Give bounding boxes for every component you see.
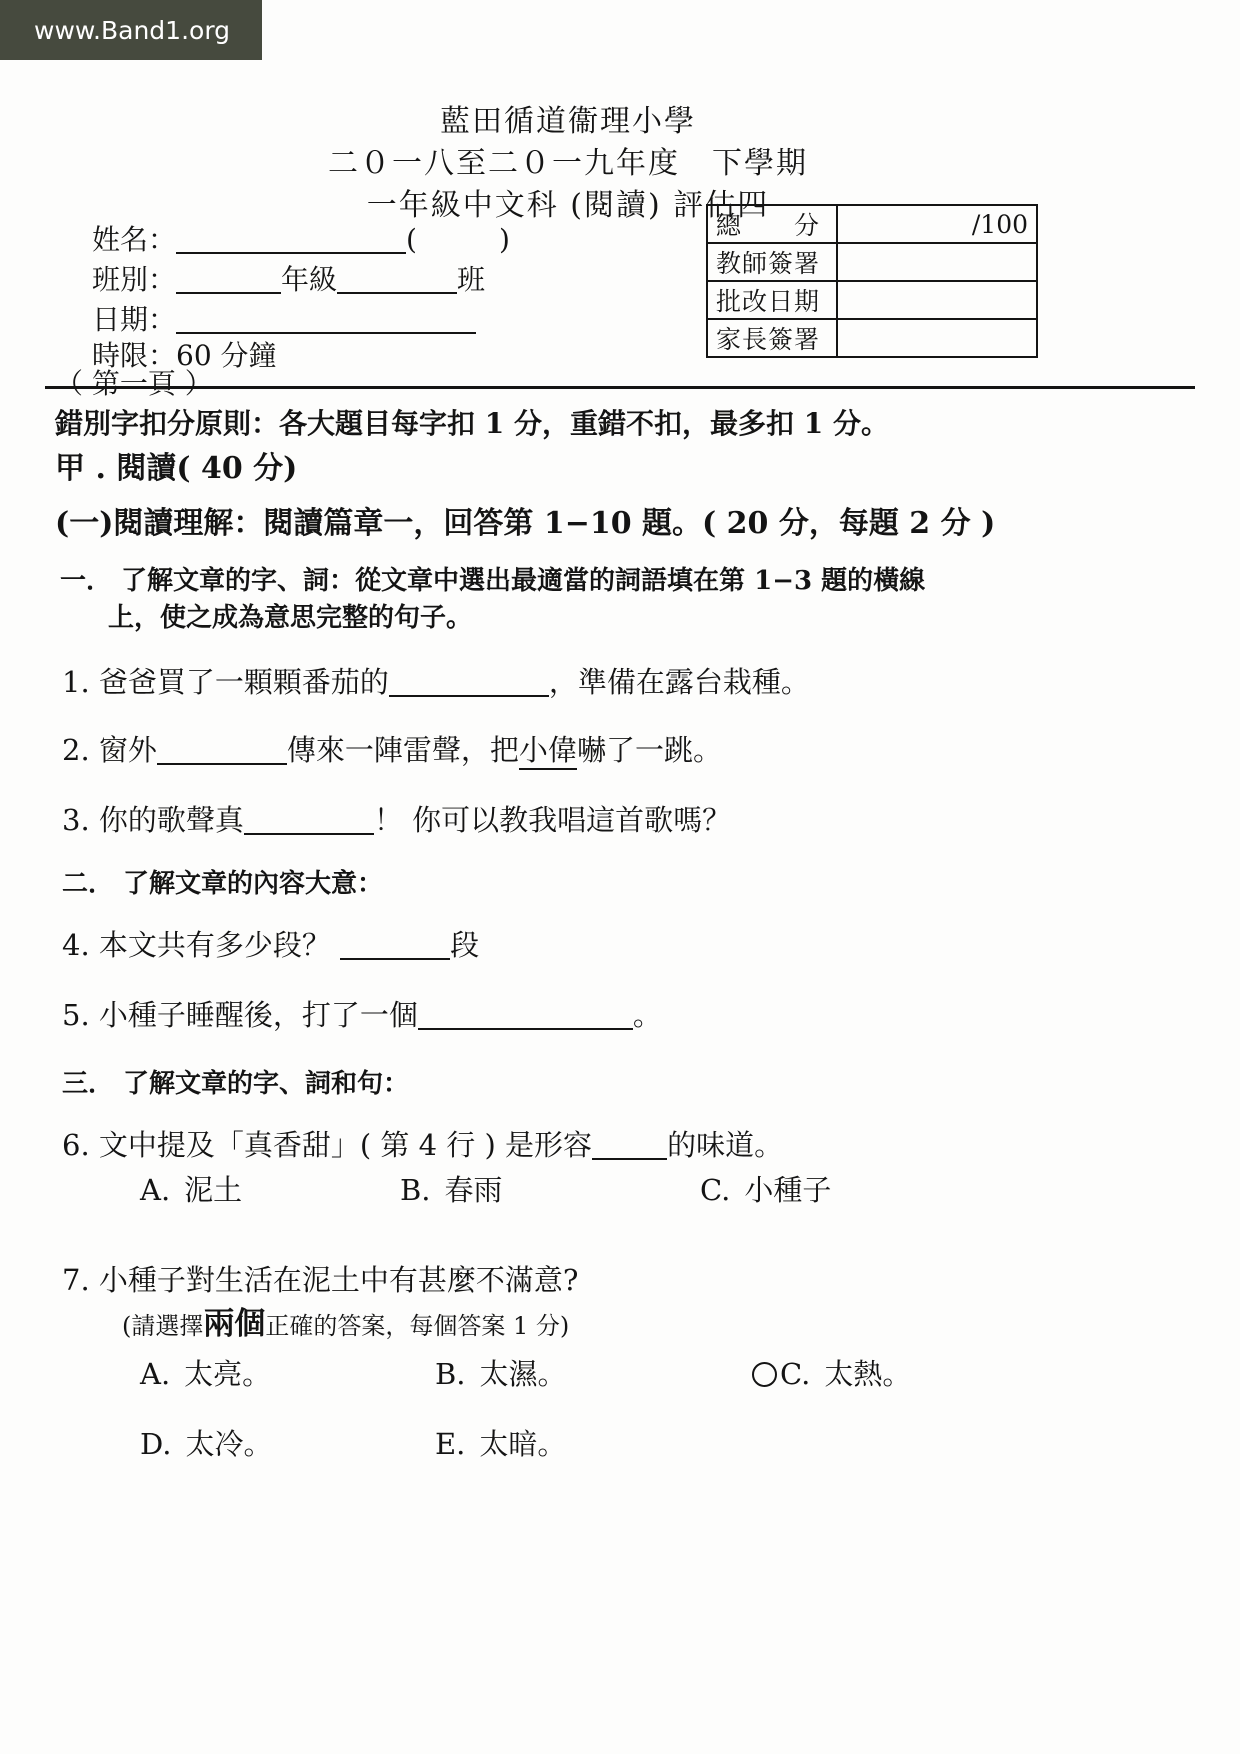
page-marker: （ 第一頁 ） [55,362,213,402]
option-c: C.小種子 [700,1168,831,1209]
section-one-line1: 一． 了解文章的字、詞：從文章中選出最適當的詞語填在第 1−3 題的橫線 [60,560,925,597]
section-one-line2: 上，使之成為意思完整的句子。 [108,597,472,634]
name-paren-close: ) [499,223,510,256]
underlined-name: 小偉 [519,733,577,770]
answer-blank [157,763,287,765]
answer-blank [592,1158,667,1160]
total-score-label: 總 分 [707,205,837,243]
option-text: 太亮。 [184,1357,271,1391]
option-b: B.春雨 [400,1168,503,1209]
question-text: 嚇了一跳。 [577,733,722,767]
option-a: A.太亮。 [140,1352,271,1393]
marking-date-value [837,281,1037,319]
class-line: 班別：年級班 [92,258,485,298]
question-2: 2. 窗外傳來一陣雷聲，把小偉嚇了一跳。 [62,728,722,769]
option-label: C. [700,1173,730,1207]
option-label: B. [400,1173,431,1207]
table-row: 教師簽署 [707,243,1037,281]
part-one-title: (一)閱讀理解：閱讀篇章一，回答第 1−10 題。( 20 分，每題 2 分 ) [55,498,995,542]
option-label: E. [435,1427,465,1461]
unit-text: 段 [450,928,479,962]
section-three: 三． 了解文章的字、詞和句： [62,1063,409,1100]
watermark-url: www.Band1.org [0,16,230,45]
answer-blank [244,833,374,835]
option-text: 太熱。 [824,1357,911,1391]
question-text: 傳來一陣雷聲，把 [287,733,519,767]
class-unit: 班 [457,263,485,296]
question-6: 6. 文中提及「真香甜」( 第 4 行 ) 是形容的味道。 [62,1123,783,1164]
score-table: 總 分 /100 教師簽署 批改日期 家長簽署 [706,204,1038,358]
question-text: 小種子對生活在泥土中有甚麼不滿意? [99,1263,579,1297]
option-text: 太濕。 [480,1357,567,1391]
question-number: 1. [62,665,90,699]
question-number: 6. [62,1128,90,1162]
name-blank [176,252,406,254]
school-year-term: 二０一八至二０一九年度 下學期 [0,138,1136,182]
section-a-title: 甲 . 閱讀( 40 分) [55,443,297,487]
option-label: B. [435,1357,466,1391]
option-d: D.太冷。 [140,1422,272,1463]
date-label: 日期： [92,303,176,336]
question-text: 小種子睡醒後，打了一個 [99,998,418,1032]
option-text: 泥土 [184,1173,242,1207]
parent-signature-label: 家長簽署 [707,319,837,357]
option-text: 太暗。 [479,1427,566,1461]
note-text: (請選擇 [122,1312,203,1340]
teacher-signature-value [837,243,1037,281]
section-two: 二． 了解文章的內容大意： [62,863,383,900]
grade-blank [176,292,281,294]
table-row: 批改日期 [707,281,1037,319]
question-7: 7. 小種子對生活在泥土中有甚麼不滿意? [62,1258,578,1299]
option-label: A. [140,1173,170,1207]
question-5: 5. 小種子睡醒後，打了一個。 [62,993,662,1034]
date-line: 日期： [92,298,476,338]
school-name: 藍田循道衞理小學 [0,96,1136,140]
divider-line [45,386,1195,389]
question-1: 1. 爸爸買了一顆顆番茄的，準備在露台栽種。 [62,660,810,701]
deduction-rule: 錯別字扣分原則：各大題目每字扣 1 分，重錯不扣，最多扣 1 分。 [55,402,889,442]
option-text: 太冷。 [185,1427,272,1461]
question-number: 7. [62,1263,90,1297]
circle-mark-icon [752,1362,777,1387]
question-text: ！ 你可以教我唱這首歌嗎？ [374,803,731,837]
question-text: 窗外 [99,733,157,767]
question-text: 你的歌聲真 [99,803,244,837]
question-number: 5. [62,998,90,1032]
total-score-value: /100 [837,205,1037,243]
question-4: 4. 本文共有多少段？ 段 [62,923,479,964]
question-number: 2. [62,733,90,767]
option-text: 春雨 [445,1173,503,1207]
answer-blank [340,958,450,960]
option-b: B.太濕。 [435,1352,567,1393]
table-row: 家長簽署 [707,319,1037,357]
question-text: 的味道。 [667,1128,783,1162]
question-text: 本文共有多少段？ [99,928,331,962]
question-7-note: (請選擇兩個正確的答案，每個答案 1 分) [122,1298,569,1343]
class-label: 班別： [92,263,176,296]
question-text: 爸爸買了一顆顆番茄的 [99,665,389,699]
teacher-signature-label: 教師簽署 [707,243,837,281]
question-text: 文中提及「真香甜」( 第 4 行 ) 是形容 [99,1128,592,1162]
name-line: 姓名：() [92,218,510,258]
option-label: D. [140,1427,171,1461]
answer-blank [389,695,549,697]
note-text: 正確的答案，每個答案 1 分) [265,1312,569,1340]
marking-date-label: 批改日期 [707,281,837,319]
option-label: C. [780,1357,810,1391]
question-number: 4. [62,928,90,962]
class-blank [337,292,457,294]
option-label: A. [140,1357,170,1391]
note-emphasis: 兩個 [203,1306,265,1342]
table-row: 總 分 /100 [707,205,1037,243]
option-c: C.太熱。 [752,1352,911,1393]
scanned-exam-page: www.Band1.org 藍田循道衞理小學 二０一八至二０一九年度 下學期 一… [0,0,1240,1754]
name-paren-open: ( [406,223,417,256]
question-text: ，準備在露台栽種。 [549,665,810,699]
watermark-banner: www.Band1.org [0,0,262,60]
option-e: E.太暗。 [435,1422,566,1463]
question-text: 。 [633,998,662,1032]
name-label: 姓名： [92,223,176,256]
parent-signature-value [837,319,1037,357]
answer-blank [418,1028,633,1030]
option-a: A.泥土 [140,1168,242,1209]
question-number: 3. [62,803,90,837]
grade-unit: 年級 [281,263,337,296]
question-3: 3. 你的歌聲真！ 你可以教我唱這首歌嗎？ [62,798,731,839]
option-text: 小種子 [744,1173,831,1207]
